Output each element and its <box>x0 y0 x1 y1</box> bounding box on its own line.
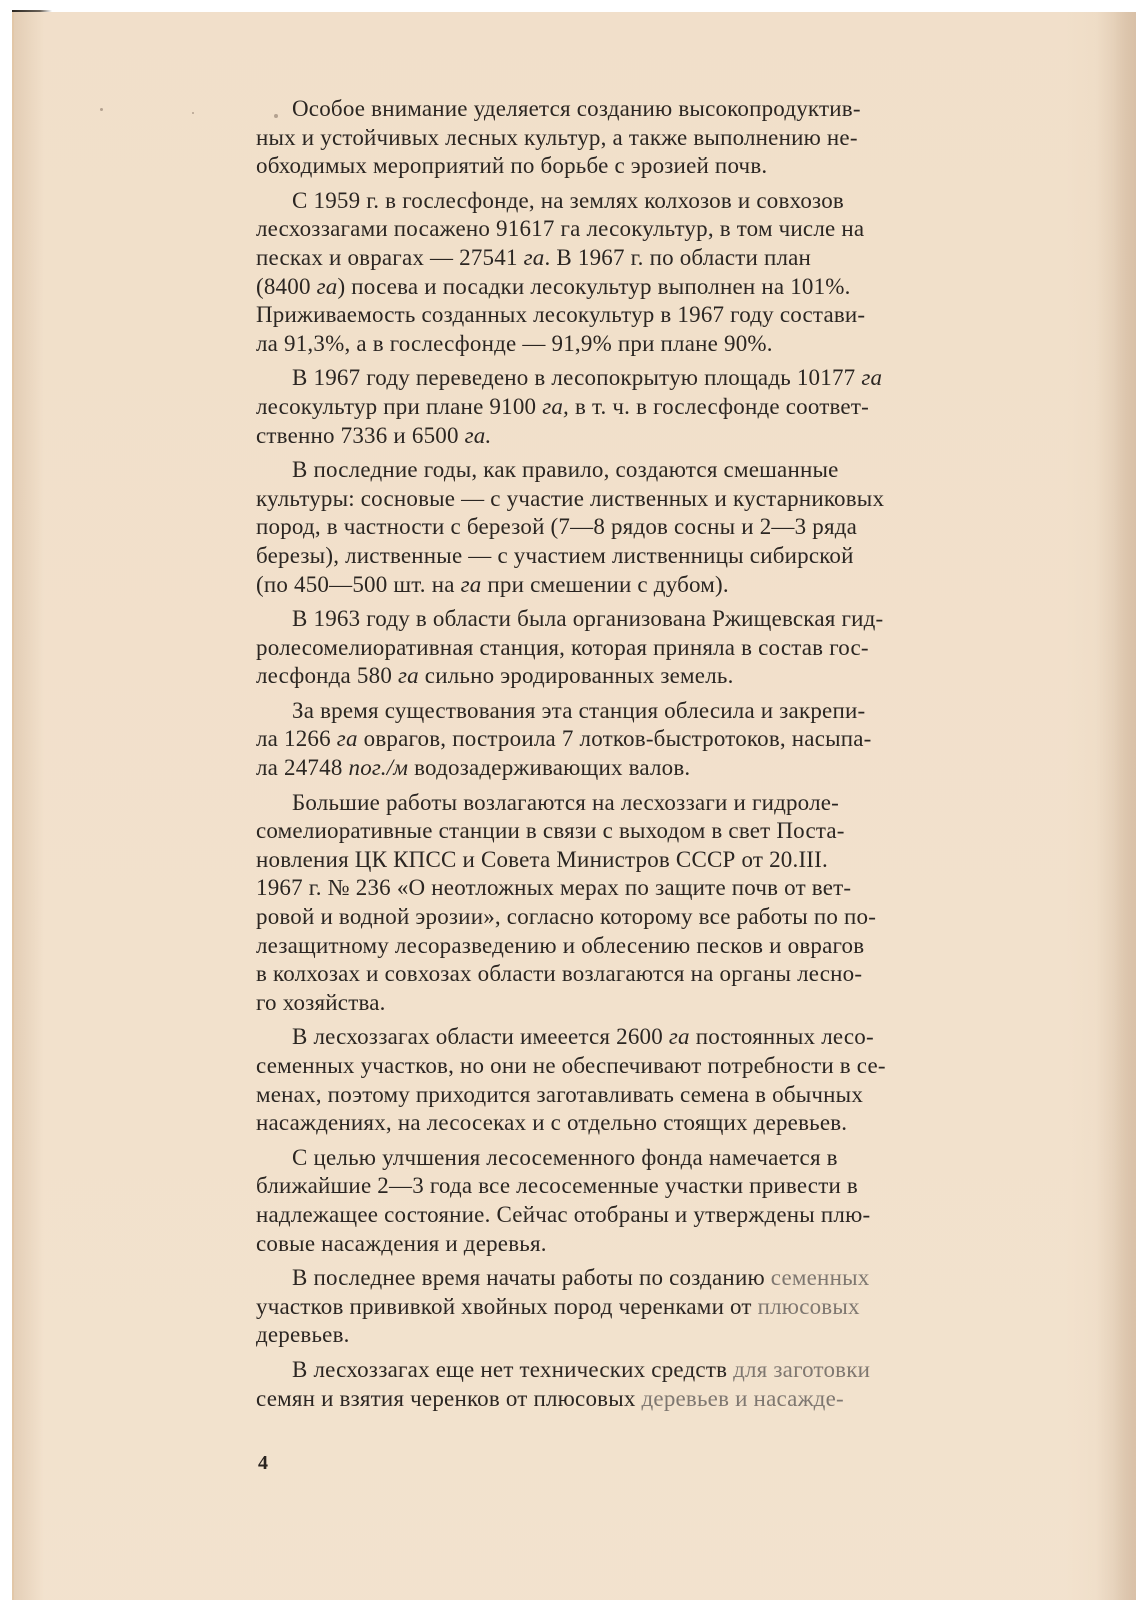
faded-text: семенных <box>771 1265 870 1290</box>
text-line: В последнее время начаты работы по созда… <box>292 1265 771 1290</box>
text-line: сильно эродированных земель. <box>419 663 734 688</box>
text-line: ла 91,3%, а в гослесфонде — 91,9% при пл… <box>256 331 773 356</box>
text-line: ближайшие 2—3 года все лесосеменные учас… <box>256 1173 858 1198</box>
paragraph-3: В 1967 году переведено в лесопокрытую пл… <box>256 364 1064 450</box>
paragraph-11: В лесхоззагах еще нет технических средст… <box>256 1356 1064 1413</box>
paragraph-1: Особое внимание уделяется созданию высок… <box>256 95 1064 181</box>
text-line: деревьев. <box>256 1322 350 1347</box>
text-line: го хозяйства. <box>256 990 386 1015</box>
text-line: ных и устойчивых лесных культур, а также… <box>256 125 858 150</box>
text-line: постоянных лесо- <box>690 1024 874 1049</box>
paragraph-9: С целью улчшения лесосеменного фонда нам… <box>256 1144 1064 1258</box>
text-line: (8400 <box>256 274 317 299</box>
unit-ha: га, <box>542 394 569 419</box>
text-line: менах, поэтому приходится заготавливать … <box>256 1082 863 1107</box>
page-number: 4 <box>258 1452 268 1475</box>
text-line: березы), лиственные — с участием листвен… <box>256 543 854 568</box>
unit-ha: га <box>337 726 358 751</box>
paragraph-2: С 1959 г. в гослесфонде, на землях колхо… <box>256 187 1064 359</box>
paragraph-6: За время существования эта станция облес… <box>256 697 1064 783</box>
unit-ha: га <box>524 245 545 270</box>
text-line: водозадерживающих валов. <box>408 755 690 780</box>
text-line: пород, в частности с березой (7—8 рядов … <box>256 514 857 539</box>
unit-ha: га <box>669 1024 690 1049</box>
text-line: С целью улчшения лесосеменного фонда нам… <box>292 1145 838 1170</box>
unit-ha: га <box>317 274 338 299</box>
text-line: ) посева и посадки лесокультур выполнен … <box>337 274 850 299</box>
text-line: семян и взятия черенков от плюсовых <box>256 1386 642 1411</box>
text-line: семенных участков, но они не обеспечиваю… <box>256 1053 886 1078</box>
faded-text: плюсовых <box>758 1294 860 1319</box>
text-line: Особое внимание уделяется созданию высок… <box>292 96 861 121</box>
text-line: лесхоззагами посажено 91617 га лесокульт… <box>256 216 864 241</box>
text-line: при смешении с дубом). <box>481 572 728 597</box>
paragraph-10: В последнее время начаты работы по созда… <box>256 1264 1064 1350</box>
text-line: . В 1967 г. по области план <box>544 245 811 270</box>
text-line: ролесомелиоративная станция, которая при… <box>256 635 869 660</box>
paragraph-8: В лесхоззагах области имееется 2600 га п… <box>256 1023 1064 1137</box>
text-line: ственно 7336 и 6500 <box>256 423 465 448</box>
unit-running-meters: пог./м <box>349 755 409 780</box>
text-line: В 1967 году переведено в лесопокрытую пл… <box>292 365 861 390</box>
text-line: (по 450—500 шт. на <box>256 572 461 597</box>
text-line: Большие работы возлагаются на лесхоззаги… <box>292 790 839 815</box>
faded-text: для заготовки <box>733 1357 870 1382</box>
text-line: надлежащее состояние. Сейчас отобраны и … <box>256 1202 870 1227</box>
text-line: насаждениях, на лесосеках и с отдельно с… <box>256 1110 847 1135</box>
text-line: С 1959 г. в гослесфонде, на землях колхо… <box>292 188 844 213</box>
paragraph-5: В 1963 году в области была организована … <box>256 605 1064 691</box>
text-line: культуры: сосновые — с участие лиственны… <box>256 486 884 511</box>
text-line: 1967 г. № 236 «О неотложных мерах по защ… <box>256 875 851 900</box>
text-line: песках и оврагах — 27541 <box>256 245 524 270</box>
paragraph-4: В последние годы, как правило, создаются… <box>256 456 1064 599</box>
text-line: лесокультур при плане 9100 <box>256 394 542 419</box>
text-line: В лесхоззагах области имееется 2600 <box>292 1024 669 1049</box>
text-line: участков прививкой хвойных пород черенка… <box>256 1294 758 1319</box>
faded-text: деревьев и насажде- <box>642 1386 844 1411</box>
unit-ha: га <box>461 572 482 597</box>
text-line: сомелиоративные станции в связи с выходо… <box>256 818 845 843</box>
text-line: В 1963 году в области была организована … <box>292 606 883 631</box>
paper-speck <box>192 112 194 114</box>
text-line: ровой и водной эрозии», согласно котором… <box>256 904 876 929</box>
text-line: новления ЦК КПСС и Совета Министров СССР… <box>256 847 828 872</box>
text-line: В последние годы, как правило, создаются… <box>292 457 839 482</box>
text-line: лесфонда 580 <box>256 663 398 688</box>
text-line: в т. ч. в гослесфонде соответ- <box>569 394 869 419</box>
text-line: В лесхоззагах еще нет технических средст… <box>292 1357 733 1382</box>
text-line: ла 1266 <box>256 726 337 751</box>
unit-ha: га <box>398 663 419 688</box>
unit-ha: га <box>861 365 882 390</box>
paper-speck <box>100 108 103 111</box>
text-line: обходимых мероприятий по борьбе с эрозие… <box>256 153 767 178</box>
text-line: ла 24748 <box>256 755 349 780</box>
paragraph-7: Большие работы возлагаются на лесхоззаги… <box>256 789 1064 1018</box>
text-line: Приживаемость созданных лесокультур в 19… <box>256 302 865 327</box>
text-line: оврагов, построила 7 лотков-быстротоков,… <box>358 726 872 751</box>
text-line: в колхозах и совхозах области возлагаютс… <box>256 961 862 986</box>
text-line: За время существования эта станция облес… <box>292 698 865 723</box>
page-fold-shadow <box>1114 12 1136 1600</box>
text-line: совые насаждения и деревья. <box>256 1231 547 1256</box>
body-text: Особое внимание уделяется созданию высок… <box>256 95 1064 1419</box>
text-line: лезащитному лесоразведению и облесению п… <box>256 933 864 958</box>
unit-ha: га. <box>465 423 492 448</box>
